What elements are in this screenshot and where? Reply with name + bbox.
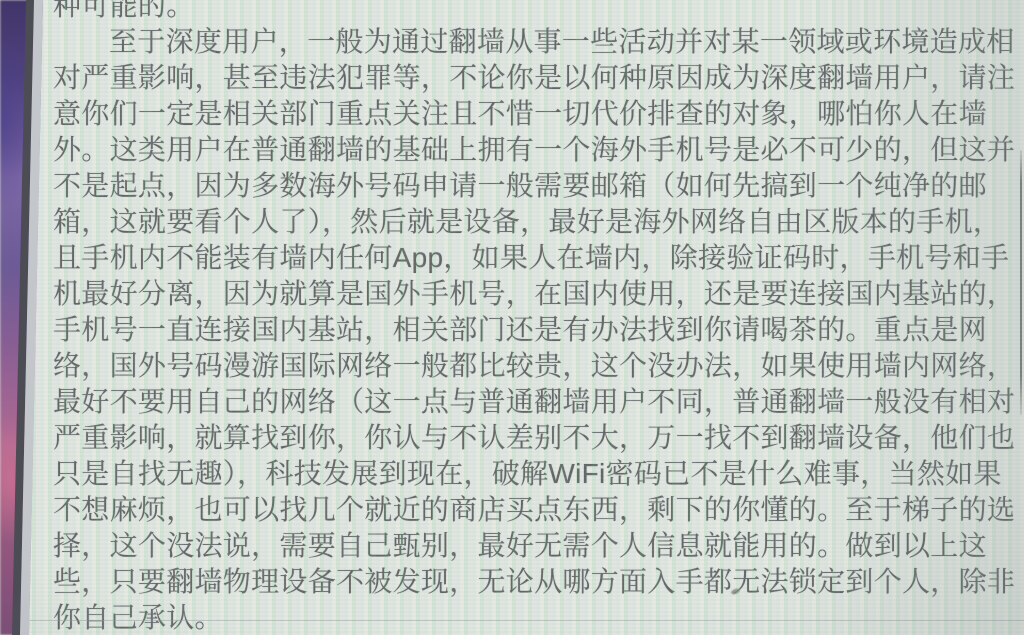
- text-line: 不想麻烦，也可以找几个就近的商店买点东西，剩下的你懂的。至于梯子的选: [53, 492, 1018, 528]
- text-line: 对严重影响，甚至违法犯罪等，不论你是以何种原因成为深度翻墙用户，请注: [53, 60, 1018, 96]
- text-line: 意你们一定是相关部门重点关注且不惜一切代价排查的对象，哪怕你人在墙: [53, 96, 1018, 132]
- text-line: 只是自找无趣），科技发展到现在，破解WiFi密码已不是什么难事，当然如果: [53, 456, 1018, 492]
- text-line: 手机号一直连接国内基站，相关部门还是有办法找到你请喝茶的。重点是网: [53, 312, 1018, 348]
- text-line: 择，这个没法说，需要自己甄别，最好无需个人信息就能用的。做到以上这: [53, 528, 1018, 564]
- screen-photo: 种可能的。 至于深度用户，一般为通过翻墙从事一些活动并对某一领域或环境造成相 对…: [0, 0, 1024, 635]
- text-line: 至于深度用户，一般为通过翻墙从事一些活动并对某一领域或环境造成相: [53, 24, 1018, 60]
- text-line: 箱，这就要看个人了），然后就是设备，最好是海外网络自由区版本的手机，: [53, 204, 1018, 240]
- document-page: 种可能的。 至于深度用户，一般为通过翻墙从事一些活动并对某一领域或环境造成相 对…: [0, 0, 1024, 635]
- text-line: 你自己承认。: [53, 600, 1018, 635]
- text-line: 严重影响，就算找到你，你认与不认差别不大，万一找不到翻墙设备，他们也: [53, 420, 1018, 456]
- text-line: 最好不要用自己的网络（这一点与普通翻墙用户不同，普通翻墙一般没有相对: [53, 384, 1018, 420]
- page-bottom-rule: [30, 620, 1024, 621]
- text-line: 且手机内不能装有墙内任何App，如果人在墙内，除接验证码时，手机号和手: [53, 240, 1018, 276]
- scrollbar-edge-line: [1020, 150, 1022, 415]
- document-text: 种可能的。 至于深度用户，一般为通过翻墙从事一些活动并对某一领域或环境造成相 对…: [53, 0, 1018, 635]
- text-line: 不是起点，因为多数海外号码申请一般需要邮箱（如何先搞到一个纯净的邮: [53, 168, 1018, 204]
- text-line: 机最好分离，因为就算是国外手机号，在国内使用，还是要连接国内基站的，: [53, 276, 1018, 312]
- text-line: 些，只要翻墙物理设备不被发现，无论从哪方面入手都无法锁定到个人，除非: [53, 564, 1018, 600]
- text-line: 种可能的。: [53, 0, 1018, 24]
- text-line: 外。这类用户在普通翻墙的基础上拥有一个海外手机号是必不可少的，但这并: [53, 132, 1018, 168]
- text-line: 络，国外号码漫游国际网络一般都比较贵，这个没办法，如果使用墙内网络，: [53, 348, 1018, 384]
